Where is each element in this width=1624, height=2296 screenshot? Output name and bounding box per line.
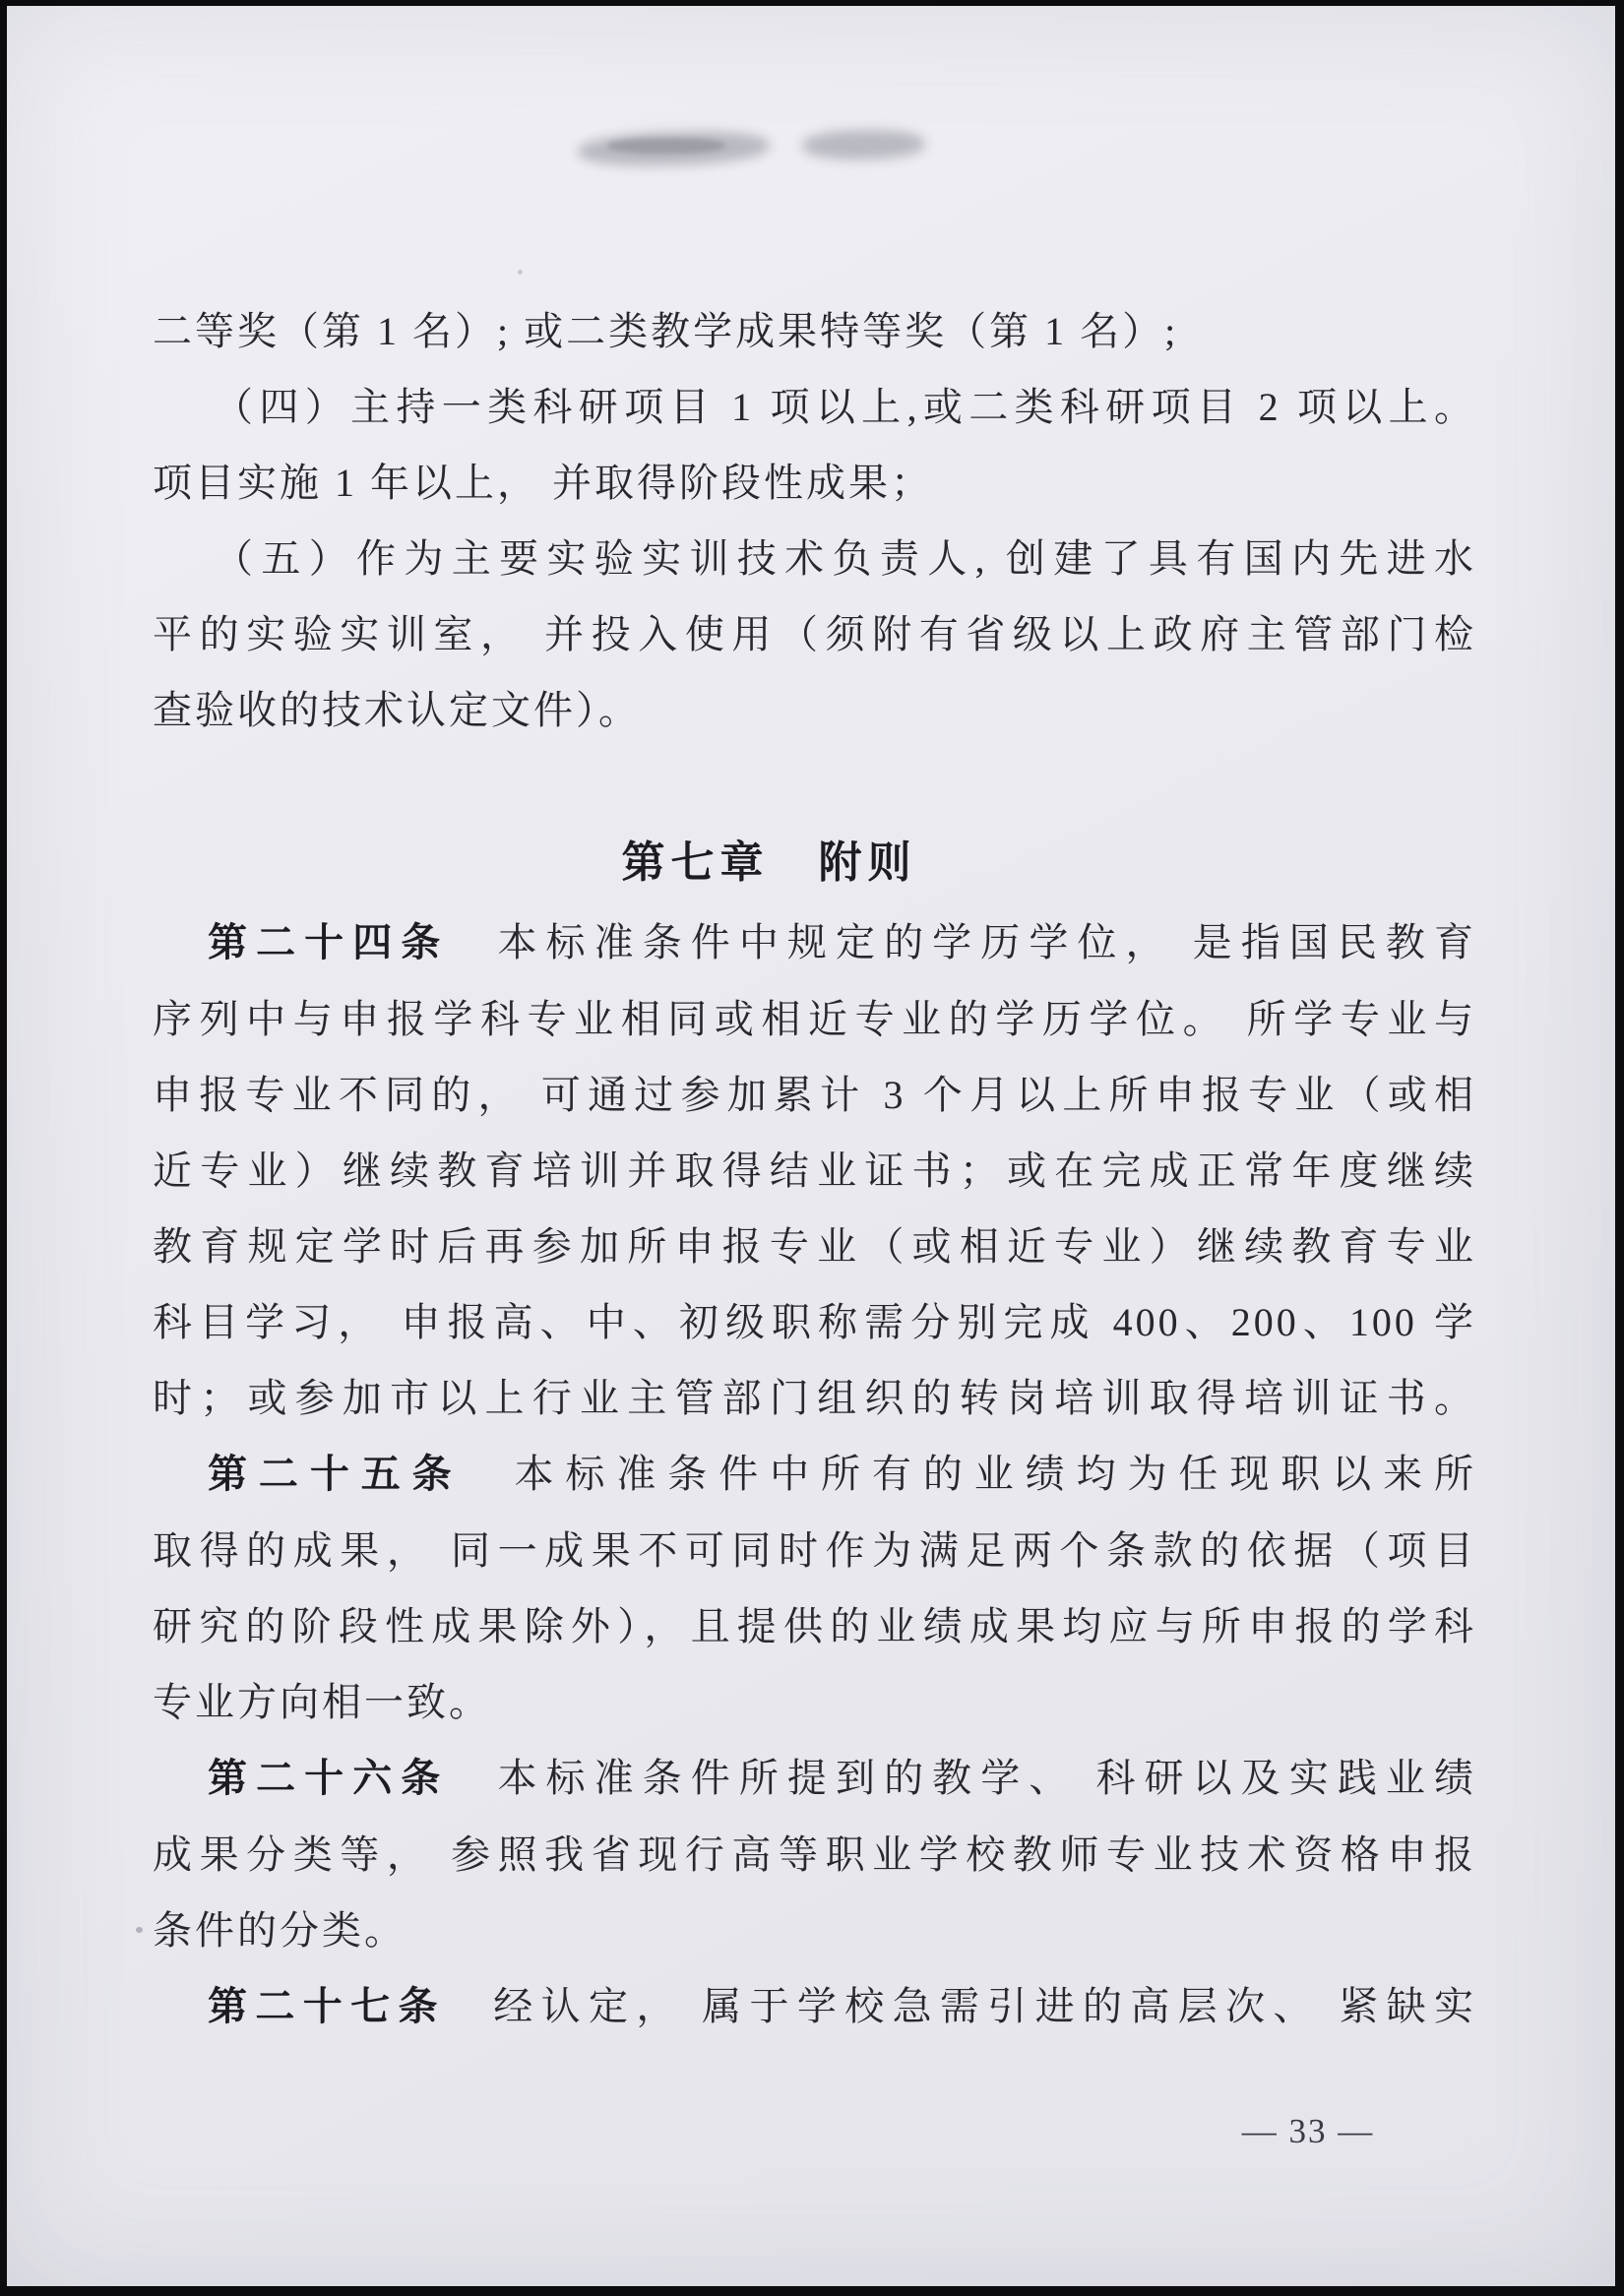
text-line: 近专业）继续教育培训并取得结业证书；或在完成正常年度继续: [153, 1133, 1476, 1209]
text-column: 二等奖（第 1 名）; 或二类教学成果特等奖（第 1 名）;（四）主持一类科研项…: [153, 293, 1476, 2045]
text-line: 申报专业不同的， 可通过参加累计 3 个月以上所申报专业（或相: [153, 1057, 1476, 1133]
article-number: 第七章 附则: [622, 838, 917, 887]
text-segment: 条件的分类。: [153, 1908, 406, 1953]
text-segment: 平的实验实训室， 并投入使用（须附有省级以上政府主管部门检: [153, 612, 1476, 656]
paper-background: 二等奖（第 1 名）; 或二类教学成果特等奖（第 1 名）;（四）主持一类科研项…: [7, 6, 1615, 2286]
text-segment: 近专业）继续教育培训并取得结业证书；或在完成正常年度继续: [153, 1148, 1476, 1193]
text-line: （五）作为主要实验实训技术负责人, 创建了具有国内先进水: [153, 521, 1476, 596]
text-segment: 序列中与申报学科专业相同或相近专业的学历学位。 所学专业与: [153, 997, 1476, 1041]
text-segment: 取得的成果， 同一成果不可同时作为满足两个条款的依据（项目: [153, 1528, 1476, 1573]
text-line: 第二十四条 本标准条件中规定的学历学位， 是指国民教育: [153, 904, 1476, 981]
text-segment: 查验收的技术认定文件）。: [153, 688, 641, 732]
text-line: 教育规定学时后再参加所申报专业（或相近专业）继续教育专业: [153, 1209, 1476, 1284]
text-segment: 研究的阶段性成果除外），且提供的业绩成果均应与所申报的学科: [153, 1604, 1476, 1648]
text-segment: 二等奖（第 1 名）; 或二类教学成果特等奖（第 1 名）;: [153, 309, 1178, 353]
text-line: 科目学习， 申报高、中、初级职称需分别完成 400、200、100 学: [153, 1284, 1476, 1360]
text-line: 研究的阶段性成果除外），且提供的业绩成果均应与所申报的学科: [153, 1588, 1476, 1664]
ink-smudge-streak: [607, 138, 725, 154]
text-segment: （五）作为主要实验实训技术负责人, 创建了具有国内先进水: [214, 536, 1476, 581]
text-segment: 经认定， 属于学校急需引进的高层次、 紧缺实: [446, 1984, 1476, 2028]
text-segment: （四）主持一类科研项目 1 项以上,或二类科研项目 2 项以上。: [214, 385, 1476, 429]
text-segment: 专业方向相一致。: [153, 1680, 491, 1724]
text-line: 专业方向相一致。: [153, 1664, 1476, 1740]
text-line: 条件的分类。: [153, 1893, 1476, 1968]
ink-smudge-icon: [578, 122, 932, 181]
text-segment: 教育规定学时后再参加所申报专业（或相近专业）继续教育专业: [153, 1224, 1476, 1269]
text-line: 第二十七条 经认定， 属于学校急需引进的高层次、 紧缺实: [153, 1968, 1476, 2045]
ink-smudge-right: [802, 129, 926, 160]
text-segment: 本标准条件所提到的教学、 科研以及实践业绩: [449, 1756, 1476, 1800]
text-segment: 成果分类等， 参照我省现行高等职业学校教师专业技术资格申报: [153, 1832, 1476, 1877]
text-line: 取得的成果， 同一成果不可同时作为满足两个条款的依据（项目: [153, 1513, 1476, 1588]
scanned-page: 二等奖（第 1 名）; 或二类教学成果特等奖（第 1 名）;（四）主持一类科研项…: [0, 0, 1624, 2296]
text-segment: 时；或参加市以上行业主管部门组织的转岗培训取得培训证书。: [153, 1376, 1476, 1420]
text-segment: 本标准条件中所有的业绩均为任现职以来所: [464, 1452, 1476, 1496]
text-segment: 项目实施 1 年以上， 并取得阶段性成果；: [153, 461, 933, 505]
scan-speck: [518, 270, 523, 275]
text-segment: 本标准条件中规定的学历学位， 是指国民教育: [449, 920, 1476, 964]
text-line: 查验收的技术认定文件）。: [153, 672, 1476, 748]
text-line: 项目实施 1 年以上， 并取得阶段性成果；: [153, 445, 1476, 521]
text-line: 成果分类等， 参照我省现行高等职业学校教师专业技术资格申报: [153, 1817, 1476, 1893]
text-line: 时；或参加市以上行业主管部门组织的转岗培训取得培训证书。: [153, 1360, 1476, 1436]
text-line: 序列中与申报学科专业相同或相近专业的学历学位。 所学专业与: [153, 981, 1476, 1057]
text-line: 第二十六条 本标准条件所提到的教学、 科研以及实践业绩: [153, 1740, 1476, 1817]
text-segment: 科目学习， 申报高、中、初级职称需分别完成 400、200、100 学: [153, 1300, 1476, 1344]
text-segment: 申报专业不同的， 可通过参加累计 3 个月以上所申报专业（或相: [153, 1073, 1476, 1117]
text-line: 二等奖（第 1 名）; 或二类教学成果特等奖（第 1 名）;: [153, 293, 1476, 369]
article-number: 第二十五条: [208, 1453, 464, 1496]
chapter-heading: 第七章 附则: [107, 825, 1431, 900]
scan-speck: [136, 1927, 143, 1933]
page-number: — 33 —: [1210, 2112, 1406, 2151]
text-line: （四）主持一类科研项目 1 项以上,或二类科研项目 2 项以上。: [153, 369, 1476, 445]
article-number: 第二十六条: [208, 1757, 449, 1800]
article-number: 第二十七条: [208, 1985, 446, 2028]
text-line: 平的实验实训室， 并投入使用（须附有省级以上政府主管部门检: [153, 596, 1476, 672]
text-line: 第二十五条 本标准条件中所有的业绩均为任现职以来所: [153, 1436, 1476, 1513]
article-number: 第二十四条: [208, 921, 449, 964]
